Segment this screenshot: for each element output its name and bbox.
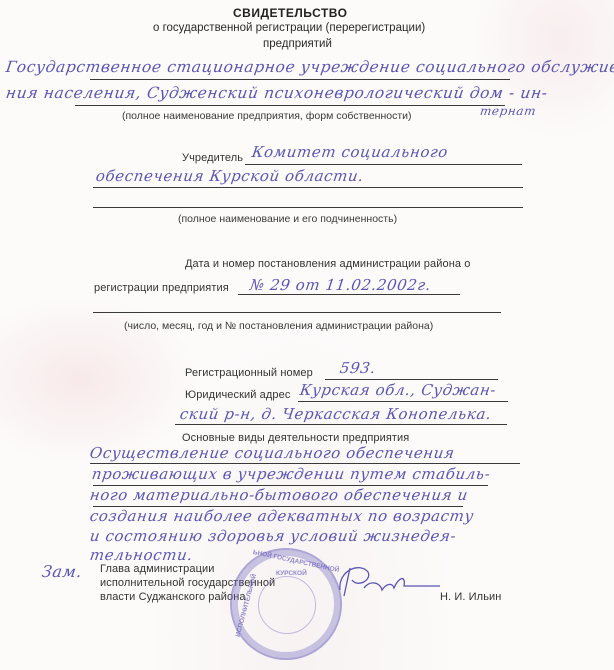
founder-value-line-1: Комитет социального	[251, 143, 450, 161]
document-page: СВИДЕТЕЛЬСТВО о государственной регистра…	[0, 0, 614, 670]
signatory-name: Н. И. Ильин	[440, 591, 501, 603]
document-title: СВИДЕТЕЛЬСТВО	[233, 6, 348, 20]
decree-underline-2	[93, 312, 501, 313]
registration-underline	[325, 379, 498, 380]
address-line-2: ский р-н, д. Черкасская Конопелька.	[179, 405, 493, 423]
enterprise-name-line-2: ния населения, Судженский психоневрологи…	[5, 84, 549, 102]
registration-number: 593.	[339, 359, 377, 377]
address-underline-2	[175, 424, 507, 425]
activities-label: Основные виды деятельности предприятия	[182, 432, 409, 444]
activities-line-2: проживающих в учреждении путем стабиль-	[91, 465, 492, 483]
signature-scribble	[330, 560, 440, 600]
enterprise-name-line-3: тернат	[479, 104, 537, 118]
activities-underline-1	[90, 463, 520, 464]
activities-line-1: Осуществление социального обеспечения	[89, 444, 456, 462]
founder-caption: (полное наименование и его подчиненность…	[178, 213, 397, 225]
founder-underline-2	[93, 187, 523, 188]
decree-value: № 29 от 11.02.2002г.	[249, 276, 433, 294]
official-seal: ЬНОЙ ГОСУДАРСТВЕННОЙ КУРСКОЙ ИСПОЛНИТЕЛЬ…	[230, 548, 342, 660]
activities-line-5: и состоянию здоровья условий жизнедея-	[89, 527, 458, 545]
address-underline-1	[298, 401, 508, 402]
seal-text-mid: КУРСКОЙ	[276, 570, 307, 577]
activities-line-6: тельности.	[89, 546, 194, 564]
underline	[75, 105, 505, 106]
decree-label-1: Дата и номер постановления администрации…	[185, 258, 470, 270]
address-line-1: Курская обл., Суджан-	[299, 381, 498, 399]
registration-label: Регистрационный номер	[185, 367, 313, 379]
signatory-position-3: власти Суджанского района	[100, 591, 246, 603]
founder-value-line-2: обеспечения Курской области.	[95, 167, 365, 185]
enterprise-name-line-1: Государственное стационарное учреждение …	[5, 58, 614, 76]
decree-label-2: регистрации предприятия	[94, 282, 229, 294]
activities-line-3: ного материально-бытового обеспечения и	[89, 486, 469, 504]
founder-label: Учредитель	[182, 152, 243, 164]
decree-caption: (число, месяц, год и № постановления адм…	[124, 320, 433, 332]
seal-text-side: ИСПОЛНИТЕЛЬНОЙ	[235, 573, 259, 637]
decree-underline-1	[238, 294, 460, 295]
underline	[90, 79, 510, 80]
seal-emblem	[258, 576, 316, 634]
deputy-mark: Зам.	[41, 562, 84, 581]
founder-underline-1	[245, 164, 522, 165]
founder-underline-3	[93, 207, 523, 208]
address-label: Юридический адрес	[185, 389, 290, 401]
signatory-position-1: Глава администрации	[100, 563, 215, 575]
activities-line-4: создания наиболее адекватных по возрасту	[89, 507, 475, 525]
document-subtitle-2: предприятий	[263, 38, 332, 50]
document-subtitle: о государственной регистрации (перерегис…	[153, 22, 425, 34]
enterprise-caption: (полное наименование предприятия, форм с…	[122, 110, 412, 122]
